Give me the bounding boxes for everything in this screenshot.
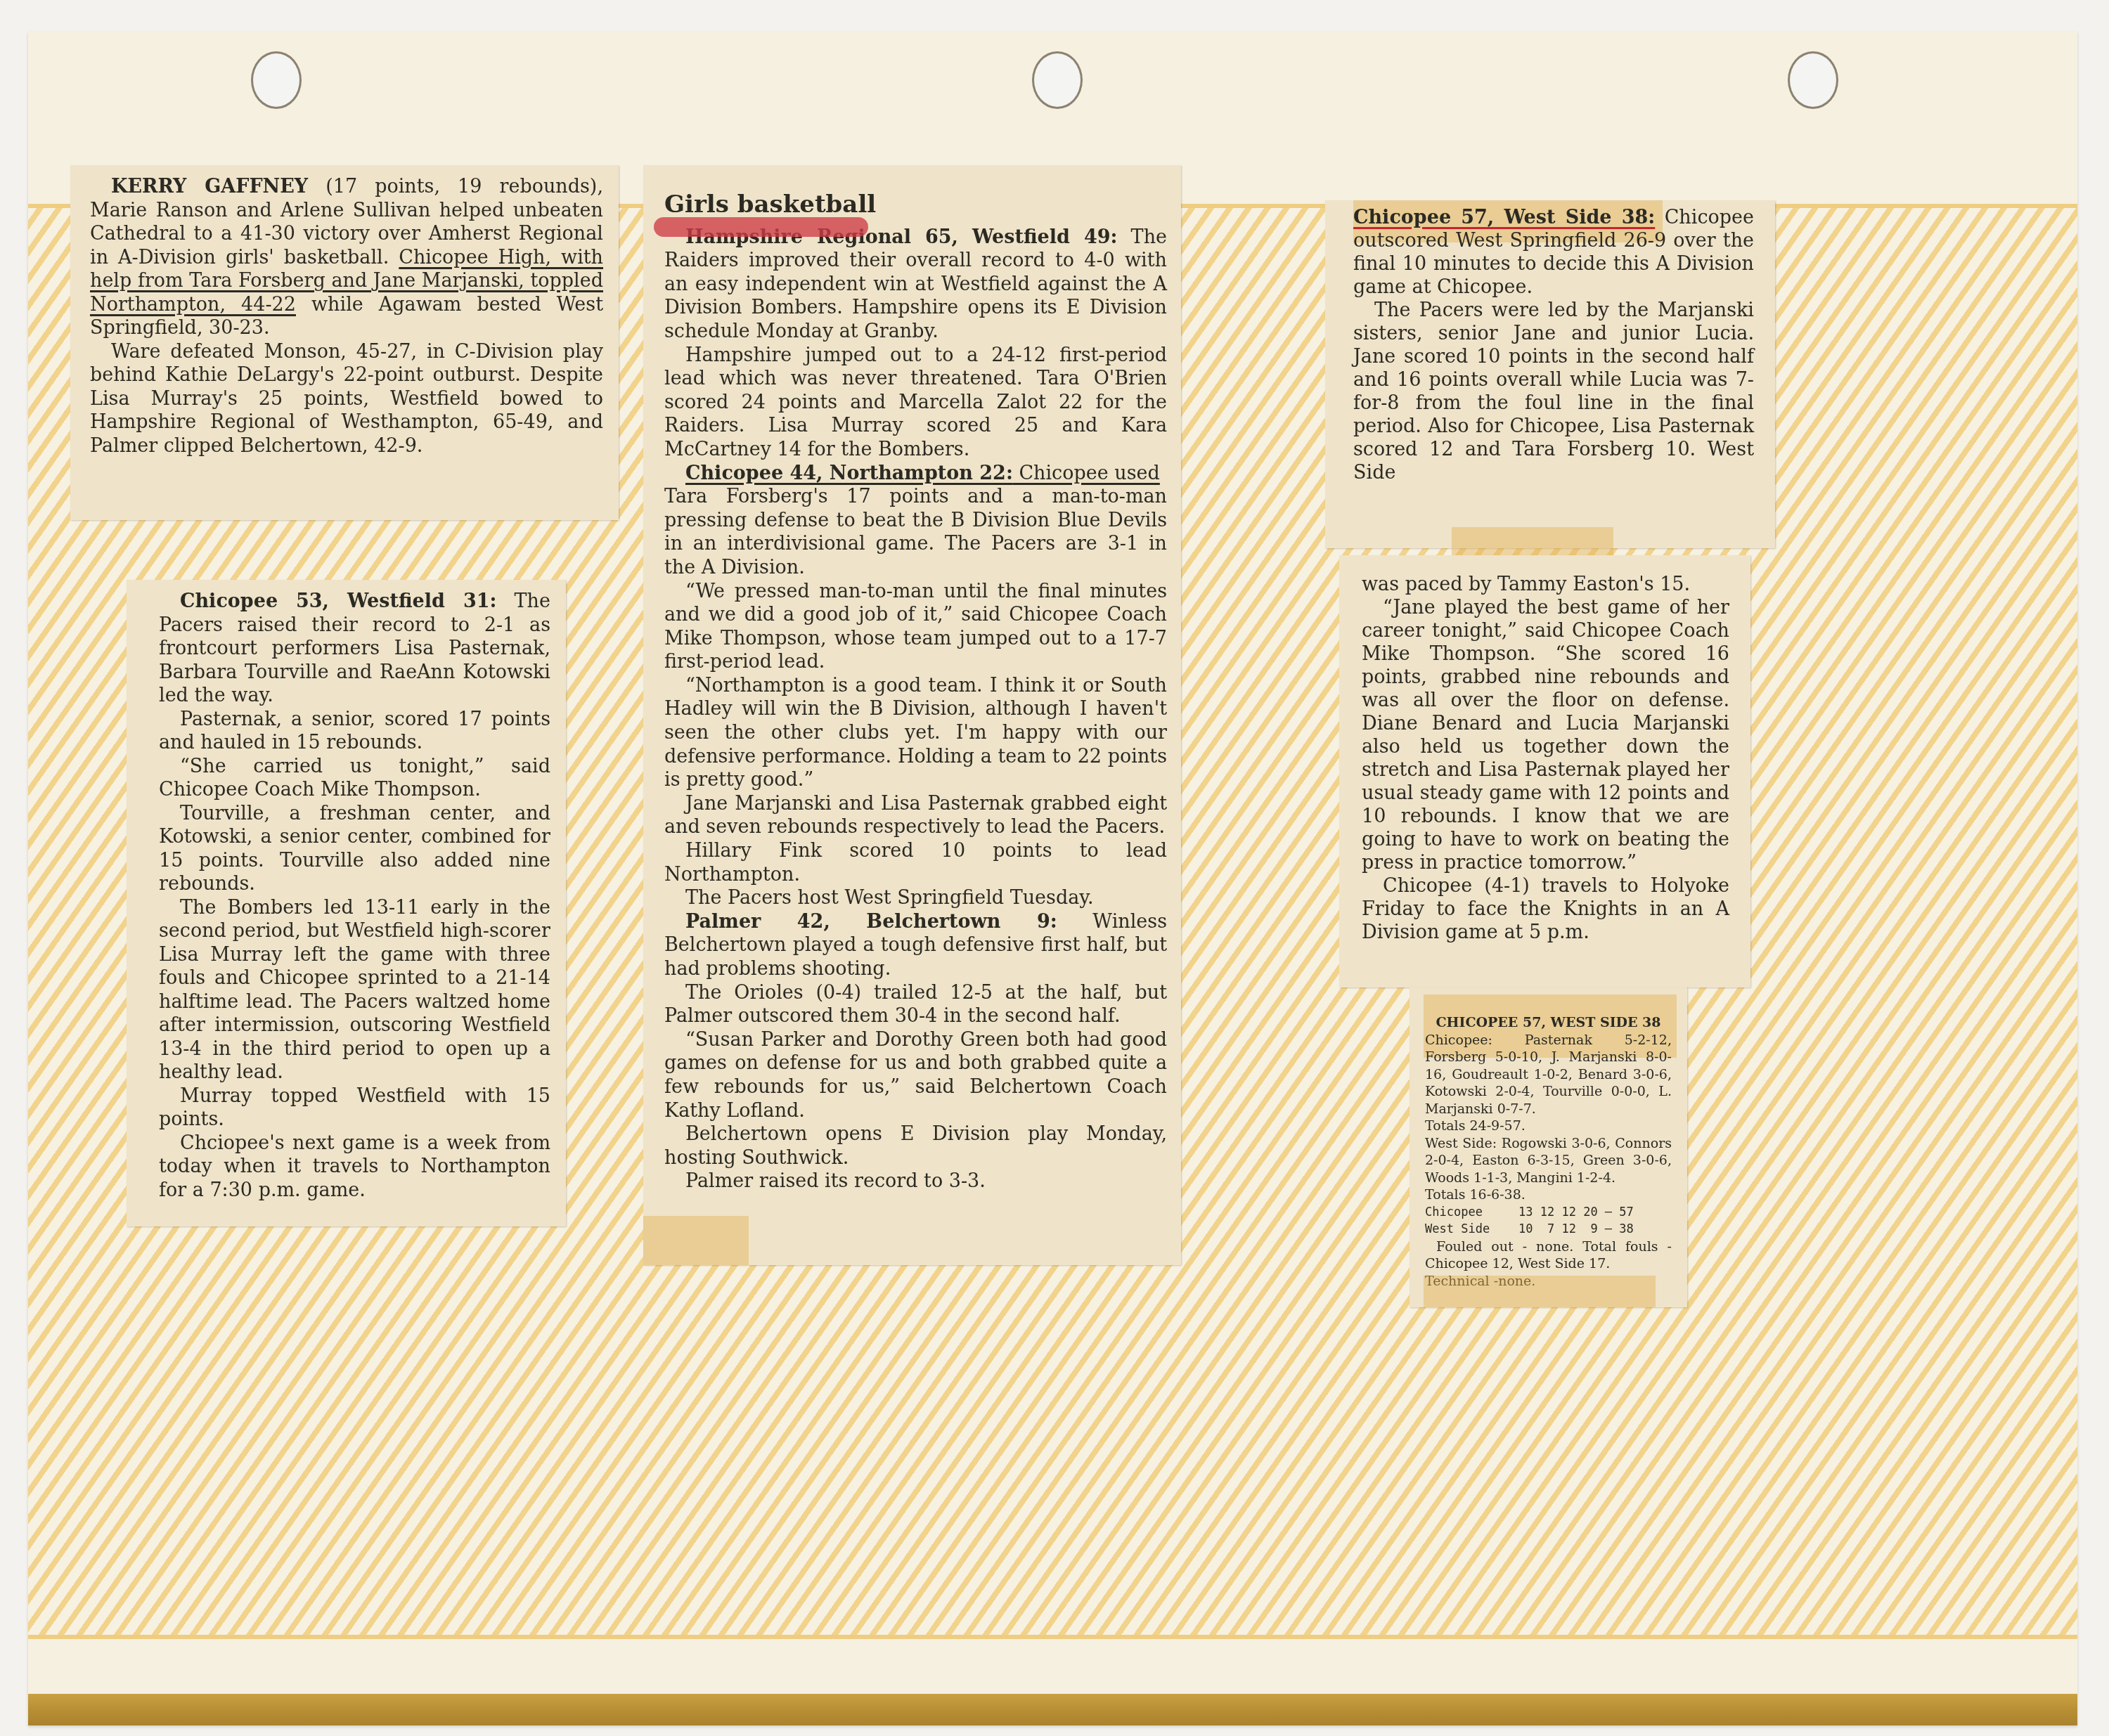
- clipping-girls-basketball: Girls basketball Hampshire Regional 65, …: [643, 165, 1181, 1265]
- gaffney-paragraph-1: KERRY GAFFNEY (17 points, 19 rebounds), …: [90, 175, 603, 340]
- chicopee-scoring: Chicopee: Pasternak 5-2-12, Forsberg 5-0…: [1425, 1032, 1672, 1118]
- binder-hole-icon: [1788, 51, 1838, 109]
- headline: Chicopee 57, West Side 38:: [1353, 207, 1655, 228]
- west-side-paragraph: The Pacers were led by the Marjanski sis…: [1353, 299, 1754, 484]
- game2-paragraph: “Northampton is a good team. I think it …: [664, 674, 1167, 792]
- game2-headline-line: Chicopee 44, Northampton 22: Chicopee us…: [664, 462, 1167, 486]
- tape-strip: [1424, 1276, 1656, 1307]
- game2-paragraph: “We pressed man-to-man until the final m…: [664, 580, 1167, 674]
- game1-paragraph: Hampshire Regional 65, Westfield 49: The…: [664, 226, 1167, 344]
- fouls-summary: Fouled out - none. Total fouls - Chicope…: [1425, 1238, 1672, 1273]
- gold-edge-band: [28, 1694, 2077, 1725]
- binder-hole-icon: [251, 51, 302, 109]
- game3-paragraph: Palmer raised its record to 3-3.: [664, 1170, 1167, 1193]
- westside-totals: Totals 16-6-38.: [1425, 1186, 1672, 1204]
- west-side-paragraph: Chicopee 57, West Side 38: Chicopee outs…: [1353, 206, 1754, 299]
- binder-hole-icon: [1032, 51, 1083, 109]
- chicopee-totals: Totals 24-9-57.: [1425, 1118, 1672, 1135]
- westfield-paragraph: Tourville, a freshman center, and Kotows…: [159, 802, 550, 896]
- west-side-paragraph: Chicopee (4-1) travels to Holyoke Friday…: [1362, 874, 1729, 944]
- game2-paragraph: The Pacers host West Springfield Tuesday…: [664, 886, 1167, 910]
- clipping-gaffney: KERRY GAFFNEY (17 points, 19 rebounds), …: [70, 165, 619, 520]
- red-marker-highlight: [654, 217, 868, 237]
- section-title: Girls basketball: [664, 193, 876, 217]
- clipping-westfield-game: Chicopee 53, Westfield 31: The Pacers ra…: [127, 580, 566, 1226]
- game3-paragraph: Belchertown opens E Division play Monday…: [664, 1122, 1167, 1170]
- headline: Chicopee 53, Westfield 31:: [180, 590, 496, 612]
- westfield-paragraph: The Bombers led 13-11 early in the secon…: [159, 896, 550, 1084]
- game2-paragraph: Tara Forsberg's 17 points and a man-to-m…: [664, 485, 1167, 579]
- game2-paragraph: Jane Marjanski and Lisa Pasternak grabbe…: [664, 792, 1167, 839]
- lead-name: KERRY GAFFNEY: [111, 176, 308, 197]
- gaffney-paragraph-2: Ware defeated Monson, 45-27, in C-Divisi…: [90, 340, 603, 458]
- westfield-paragraph: Pasternak, a senior, scored 17 points an…: [159, 708, 550, 755]
- game3-paragraph: The Orioles (0-4) trailed 12-5 at the ha…: [664, 981, 1167, 1028]
- westfield-paragraph: Murray topped Westfield with 15 points.: [159, 1084, 550, 1132]
- westfield-paragraph: Chciopee's next game is a week from toda…: [159, 1132, 550, 1203]
- box-score-title: CHICOPEE 57, WEST SIDE 38: [1425, 1014, 1672, 1032]
- game1-paragraph: Hampshire jumped out to a 24-12 first-pe…: [664, 344, 1167, 462]
- game3-paragraph: “Susan Parker and Dorothy Green both had…: [664, 1028, 1167, 1122]
- game2-paragraph: Hillary Fink scored 10 points to lead No…: [664, 839, 1167, 886]
- period-line-chicopee: Chicopee 13 12 12 20 — 57: [1425, 1204, 1672, 1222]
- westfield-paragraph: “She carried us tonight,” said Chicopee …: [159, 755, 550, 802]
- clipping-west-side-part2: was paced by Tammy Easton's 15. “Jane pl…: [1339, 555, 1750, 987]
- clipping-west-side-part1: Chicopee 57, West Side 38: Chicopee outs…: [1325, 200, 1775, 548]
- west-side-paragraph: “Jane played the best game of her career…: [1362, 596, 1729, 874]
- tape-strip: [643, 1216, 749, 1265]
- westside-scoring: West Side: Rogowski 3-0-6, Connors 2-0-4…: [1425, 1135, 1672, 1187]
- period-line-westside: West Side 10 7 12 9 — 38: [1425, 1221, 1672, 1238]
- westfield-paragraph: Chicopee 53, Westfield 31: The Pacers ra…: [159, 590, 550, 708]
- game3-paragraph: Palmer 42, Belchertown 9: Winless Belche…: [664, 910, 1167, 981]
- clipping-box-score: CHICOPEE 57, WEST SIDE 38 Chicopee: Past…: [1410, 987, 1687, 1307]
- west-side-paragraph: was paced by Tammy Easton's 15.: [1362, 573, 1729, 596]
